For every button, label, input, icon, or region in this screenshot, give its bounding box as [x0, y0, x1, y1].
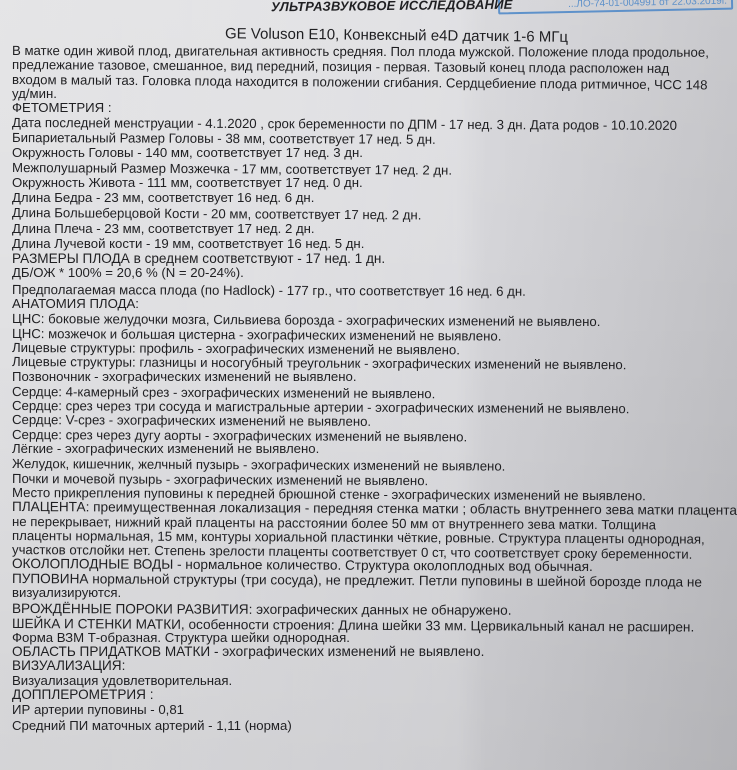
report-body: В матке один живой плод, двигательная ак…: [12, 44, 737, 733]
document-title: УЛЬТРАЗВУКОВОЕ ИССЛЕДОВАНИЕ: [271, 0, 513, 14]
visualization-section: ВИЗУАЛИЗАЦИЯ: Визуализация удовлетворите…: [12, 659, 737, 688]
dopplerometry-section: ДОППЛЕРОМЕТРИЯ : ИР артерии пуповины - 0…: [12, 688, 737, 733]
doppler-line: ИР артерии пуповины - 0,81: [12, 703, 737, 717]
adnexa-line: ОБЛАСТЬ ПРИДАТКОВ МАТКИ - эхографических…: [12, 645, 737, 659]
fetometry-line: Окружность Головы - 140 мм, соответствуе…: [12, 146, 737, 160]
intro-section: В матке один живой плод, двигательная ак…: [12, 44, 737, 101]
section-heading-fetometry: ФЕТОМЕТРИЯ :: [12, 101, 737, 115]
fetometry-line: Длина Бедра - 23 мм, соответствует 16 не…: [12, 191, 737, 205]
section-heading-dopplerometry: ДОППЛЕРОМЕТРИЯ :: [12, 688, 737, 702]
section-heading-visualization: ВИЗУАЛИЗАЦИЯ:: [12, 659, 737, 673]
placenta-section: ПЛАЦЕНТА: преимущественная локализация -…: [12, 500, 737, 557]
fetometry-section: ФЕТОМЕТРИЯ : Дата последней менструации …: [12, 101, 737, 297]
fetometry-line: РАЗМЕРЫ ПЛОДА в среднем соответствуют - …: [12, 252, 737, 266]
fetometry-line: Предполагаемая масса плода (по Hadlock) …: [12, 283, 737, 300]
fetometry-line: Длина Лучевой кости - 19 мм, соответству…: [12, 237, 737, 251]
fetometry-line: Бипариетальный Размер Головы - 38 мм, со…: [12, 131, 737, 148]
cervix-section: ШЕЙКА И СТЕНКИ МАТКИ, особенности строен…: [12, 617, 737, 646]
fetometry-line: ДБ/ОЖ * 100% = 20,6 % (N = 20-24%).: [12, 266, 737, 280]
doppler-line: Средний ПИ маточных артерий - 1,11 (норм…: [12, 719, 737, 733]
anatomy-section: АНАТОМИЯ ПЛОДА: ЦНС: боковые желудочки м…: [12, 297, 737, 500]
umbilical-cord-section: ПУПОВИНА нормальной структуры (три сосуд…: [12, 572, 737, 601]
visualization-value: Визуализация удовлетворительная.: [12, 674, 737, 688]
